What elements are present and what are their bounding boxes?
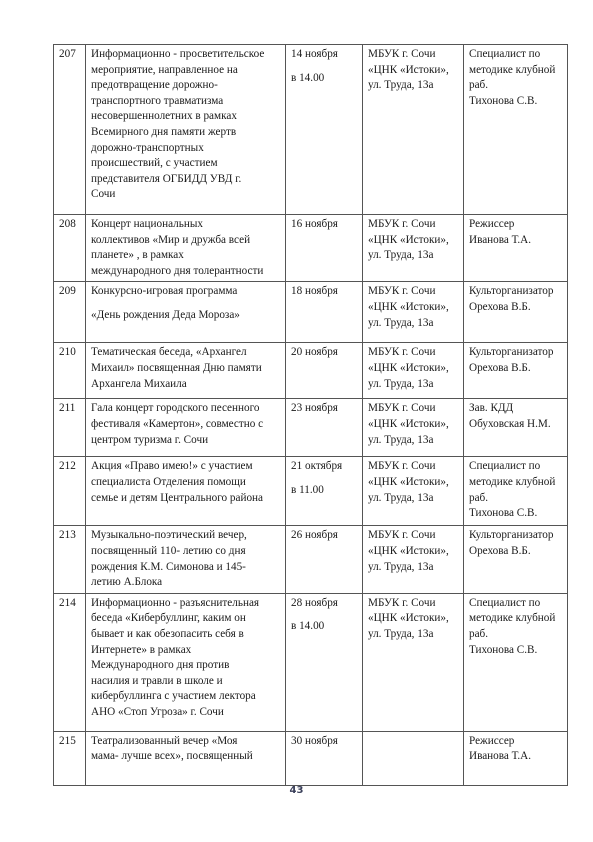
event-responsible-line: раб. — [469, 78, 562, 94]
event-title-line: Конкурсно-игровая программа — [91, 284, 280, 300]
table-row: 211Гала концерт городского песенногофест… — [54, 399, 568, 457]
event-place-line: ул. Труда, 13а — [368, 433, 458, 449]
event-number-cell: 211 — [54, 399, 86, 457]
event-date: 21 октября — [291, 459, 357, 475]
event-place-line: «ЦНК «Истоки», — [368, 611, 458, 627]
event-responsible-cell: РежиссерИванова Т.А. — [464, 215, 568, 282]
event-title-line: Тематическая беседа, «Архангел — [91, 345, 280, 361]
event-place-line: МБУК г. Сочи — [368, 47, 458, 63]
event-number: 209 — [59, 284, 80, 300]
event-date: 30 ноября — [291, 734, 357, 750]
event-title-line: предотвращение дорожно- — [91, 78, 280, 94]
event-number: 210 — [59, 345, 80, 361]
event-responsible-line: раб. — [469, 627, 562, 643]
event-title-line: бывает и как обезопасить себя в — [91, 627, 280, 643]
event-responsible-line: Тихонова С.В. — [469, 643, 562, 659]
event-title-line: Интернете» в рамках — [91, 643, 280, 659]
table-row: 215Театрализованный вечер «Моямама- лучш… — [54, 731, 568, 785]
event-responsible-line: Специалист по — [469, 596, 562, 612]
event-title-line: коллективов «Мир и дружба всей — [91, 233, 280, 249]
event-title-line: международного дня толерантности — [91, 264, 280, 280]
event-responsible-cell: КульторганизаторОрехова В.Б. — [464, 526, 568, 593]
event-title-line: фестиваля «Камертон», совместно с — [91, 417, 280, 433]
event-title-line: мероприятие, направленное на — [91, 63, 280, 79]
event-responsible-line: Режиссер — [469, 734, 562, 750]
event-responsible-line: Специалист по — [469, 459, 562, 475]
events-table-body: 207Информационно - просветительскоемероп… — [54, 45, 568, 786]
event-responsible-line: Режиссер — [469, 217, 562, 233]
event-place-line: ул. Труда, 13а — [368, 248, 458, 264]
event-title-line: летию А.Блока — [91, 575, 280, 591]
event-title-line: Международного дня против — [91, 658, 280, 674]
table-row: 214Информационно - разъяснительнаябеседа… — [54, 593, 568, 731]
event-title-cell: Концерт национальныхколлективов «Мир и д… — [86, 215, 286, 282]
event-place-line: ул. Труда, 13а — [368, 377, 458, 393]
event-title-line: центром туризма г. Сочи — [91, 433, 280, 449]
event-responsible-line: Орехова В.Б. — [469, 544, 562, 560]
events-table: 207Информационно - просветительскоемероп… — [53, 44, 568, 786]
event-responsible-cell: Специалист пометодике клубнойраб.Тихонов… — [464, 45, 568, 215]
event-responsible-line: методике клубной — [469, 611, 562, 627]
table-row: 207Информационно - просветительскоемероп… — [54, 45, 568, 215]
event-time: в 14.00 — [291, 619, 357, 635]
event-place-line: «ЦНК «Истоки», — [368, 475, 458, 491]
event-title-cell: Музыкально-поэтический вечер,посвященный… — [86, 526, 286, 593]
event-date: 18 ноября — [291, 284, 357, 300]
event-title-line: рождения К.М. Симонова и 145- — [91, 560, 280, 576]
event-date-cell: 16 ноября — [286, 215, 363, 282]
spacer — [291, 63, 357, 71]
event-responsible-cell: Зав. КДДОбуховская Н.М. — [464, 399, 568, 457]
event-title-line: представителя ОГБИДД УВД г. — [91, 172, 280, 188]
event-place-line: МБУК г. Сочи — [368, 528, 458, 544]
event-number-cell: 213 — [54, 526, 86, 593]
event-title-line: семье и детям Центрального района — [91, 491, 280, 507]
event-place-line: ул. Труда, 13а — [368, 78, 458, 94]
event-responsible-line: методике клубной — [469, 475, 562, 491]
event-title-line: Театрализованный вечер «Моя — [91, 734, 280, 750]
event-place-line: ул. Труда, 13а — [368, 491, 458, 507]
event-date-cell: 23 ноября — [286, 399, 363, 457]
event-title-line: Архангела Михаила — [91, 377, 280, 393]
spacer — [291, 611, 357, 619]
event-number-cell: 207 — [54, 45, 86, 215]
event-title-cell: Информационно - просветительскоемероприя… — [86, 45, 286, 215]
event-place-cell: МБУК г. Сочи«ЦНК «Истоки»,ул. Труда, 13а — [363, 526, 464, 593]
event-title-line: «День рождения Деда Мороза» — [91, 308, 280, 324]
event-title-line: несовершеннолетних в рамках — [91, 109, 280, 125]
event-time: в 11.00 — [291, 483, 357, 499]
event-responsible-line: раб. — [469, 491, 562, 507]
event-number-cell: 215 — [54, 731, 86, 785]
event-responsible-line: Орехова В.Б. — [469, 361, 562, 377]
event-date: 14 ноября — [291, 47, 357, 63]
event-title-line: АНО «Стоп Угроза» г. Сочи — [91, 705, 280, 721]
event-place-line: «ЦНК «Истоки», — [368, 417, 458, 433]
event-time: в 14.00 — [291, 71, 357, 87]
event-place-line: ул. Труда, 13а — [368, 316, 458, 332]
event-place-line: «ЦНК «Истоки», — [368, 300, 458, 316]
event-date-cell: 20 ноября — [286, 343, 363, 399]
spacer — [91, 300, 280, 308]
event-responsible-line: Обуховская Н.М. — [469, 417, 562, 433]
event-place-line: МБУК г. Сочи — [368, 217, 458, 233]
event-responsible-line: Культорганизатор — [469, 345, 562, 361]
table-row: 210Тематическая беседа, «АрхангелМихаил»… — [54, 343, 568, 399]
event-title-line: посвященный 110- летию со дня — [91, 544, 280, 560]
event-place-cell: МБУК г. Сочи«ЦНК «Истоки»,ул. Труда, 13а — [363, 282, 464, 343]
event-date-cell: 26 ноября — [286, 526, 363, 593]
event-responsible-line: Тихонова С.В. — [469, 506, 562, 522]
event-title-cell: Тематическая беседа, «АрхангелМихаил» по… — [86, 343, 286, 399]
event-title-line: Концерт национальных — [91, 217, 280, 233]
event-responsible-line: Культорганизатор — [469, 528, 562, 544]
event-number: 212 — [59, 459, 80, 475]
event-place-cell — [363, 731, 464, 785]
event-title-line: Информационно - разъяснительная — [91, 596, 280, 612]
event-responsible-line: Иванова Т.А. — [469, 749, 562, 765]
event-title-cell: Гала концерт городского песенногофестива… — [86, 399, 286, 457]
event-title-line: транспортного травматизма — [91, 94, 280, 110]
event-date-cell: 21 октябряв 11.00 — [286, 457, 363, 526]
event-responsible-line: Специалист по — [469, 47, 562, 63]
event-title-cell: Акция «Право имею!» с участиемспециалист… — [86, 457, 286, 526]
event-place-cell: МБУК г. Сочи«ЦНК «Истоки»,ул. Труда, 13а — [363, 215, 464, 282]
event-place-cell: МБУК г. Сочи«ЦНК «Истоки»,ул. Труда, 13а — [363, 593, 464, 731]
event-place-line: «ЦНК «Истоки», — [368, 544, 458, 560]
event-place-line: ул. Труда, 13а — [368, 560, 458, 576]
event-date-cell: 18 ноября — [286, 282, 363, 343]
page-number: 43 — [0, 785, 593, 796]
event-title-line: Акция «Право имею!» с участием — [91, 459, 280, 475]
event-number-cell: 212 — [54, 457, 86, 526]
event-date-cell: 14 ноябряв 14.00 — [286, 45, 363, 215]
event-date: 28 ноября — [291, 596, 357, 612]
event-title-line: Сочи — [91, 187, 280, 203]
event-responsible-line: Тихонова С.В. — [469, 94, 562, 110]
event-responsible-line: методике клубной — [469, 63, 562, 79]
event-place-line: «ЦНК «Истоки», — [368, 233, 458, 249]
event-place-cell: МБУК г. Сочи«ЦНК «Истоки»,ул. Труда, 13а — [363, 343, 464, 399]
spacer — [291, 475, 357, 483]
event-place-cell: МБУК г. Сочи«ЦНК «Истоки»,ул. Труда, 13а — [363, 45, 464, 215]
event-place-cell: МБУК г. Сочи«ЦНК «Истоки»,ул. Труда, 13а — [363, 399, 464, 457]
event-title-line: происшествий, с участием — [91, 156, 280, 172]
document-page: 207Информационно - просветительскоемероп… — [0, 0, 593, 842]
table-row: 212Акция «Право имею!» с участиемспециал… — [54, 457, 568, 526]
event-title-line: кибербуллинга с участием лектора — [91, 689, 280, 705]
event-number-cell: 210 — [54, 343, 86, 399]
event-place-line: «ЦНК «Истоки», — [368, 63, 458, 79]
event-number-cell: 208 — [54, 215, 86, 282]
event-title-line: специалиста Отделения помощи — [91, 475, 280, 491]
event-title-line: дорожно-транспортных — [91, 141, 280, 157]
event-date: 23 ноября — [291, 401, 357, 417]
event-responsible-cell: РежиссерИванова Т.А. — [464, 731, 568, 785]
event-responsible-cell: КульторганизаторОрехова В.Б. — [464, 282, 568, 343]
event-title-line: Информационно - просветительское — [91, 47, 280, 63]
event-responsible-cell: КульторганизаторОрехова В.Б. — [464, 343, 568, 399]
table-row: 213Музыкально-поэтический вечер,посвящен… — [54, 526, 568, 593]
event-date-cell: 28 ноябряв 14.00 — [286, 593, 363, 731]
event-title-cell: Конкурсно-игровая программа«День рождени… — [86, 282, 286, 343]
event-place-line: МБУК г. Сочи — [368, 401, 458, 417]
event-place-cell: МБУК г. Сочи«ЦНК «Истоки»,ул. Труда, 13а — [363, 457, 464, 526]
event-number-cell: 209 — [54, 282, 86, 343]
event-number-cell: 214 — [54, 593, 86, 731]
event-title-line: мама- лучше всех», посвященный — [91, 749, 280, 765]
event-date: 20 ноября — [291, 345, 357, 361]
event-place-line: ул. Труда, 13а — [368, 627, 458, 643]
event-place-line: МБУК г. Сочи — [368, 345, 458, 361]
event-place-line: МБУК г. Сочи — [368, 284, 458, 300]
event-title-line: Музыкально-поэтический вечер, — [91, 528, 280, 544]
event-title-line: Гала концерт городского песенного — [91, 401, 280, 417]
event-responsible-cell: Специалист пометодике клубнойраб.Тихонов… — [464, 593, 568, 731]
event-responsible-line: Иванова Т.А. — [469, 233, 562, 249]
event-number: 207 — [59, 47, 80, 63]
event-responsible-line: Культорганизатор — [469, 284, 562, 300]
event-place-line: МБУК г. Сочи — [368, 596, 458, 612]
event-title-line: насилия и травли в школе и — [91, 674, 280, 690]
event-date: 26 ноября — [291, 528, 357, 544]
event-date: 16 ноября — [291, 217, 357, 233]
event-responsible-line: Орехова В.Б. — [469, 300, 562, 316]
event-place-line: «ЦНК «Истоки», — [368, 361, 458, 377]
event-title-line: беседа «Кибербуллинг, каким он — [91, 611, 280, 627]
event-title-cell: Театрализованный вечер «Моямама- лучше в… — [86, 731, 286, 785]
event-number: 215 — [59, 734, 80, 750]
event-title-line: планете» , в рамках — [91, 248, 280, 264]
event-title-cell: Информационно - разъяснительнаябеседа «К… — [86, 593, 286, 731]
event-number: 208 — [59, 217, 80, 233]
table-row: 209Конкурсно-игровая программа«День рожд… — [54, 282, 568, 343]
event-place-line: МБУК г. Сочи — [368, 459, 458, 475]
event-number: 214 — [59, 596, 80, 612]
event-date-cell: 30 ноября — [286, 731, 363, 785]
event-responsible-cell: Специалист пометодике клубнойраб.Тихонов… — [464, 457, 568, 526]
table-row: 208Концерт национальныхколлективов «Мир … — [54, 215, 568, 282]
event-title-line: Михаил» посвященная Дню памяти — [91, 361, 280, 377]
event-responsible-line: Зав. КДД — [469, 401, 562, 417]
event-title-line: Всемирного дня памяти жертв — [91, 125, 280, 141]
event-number: 213 — [59, 528, 80, 544]
event-number: 211 — [59, 401, 80, 417]
